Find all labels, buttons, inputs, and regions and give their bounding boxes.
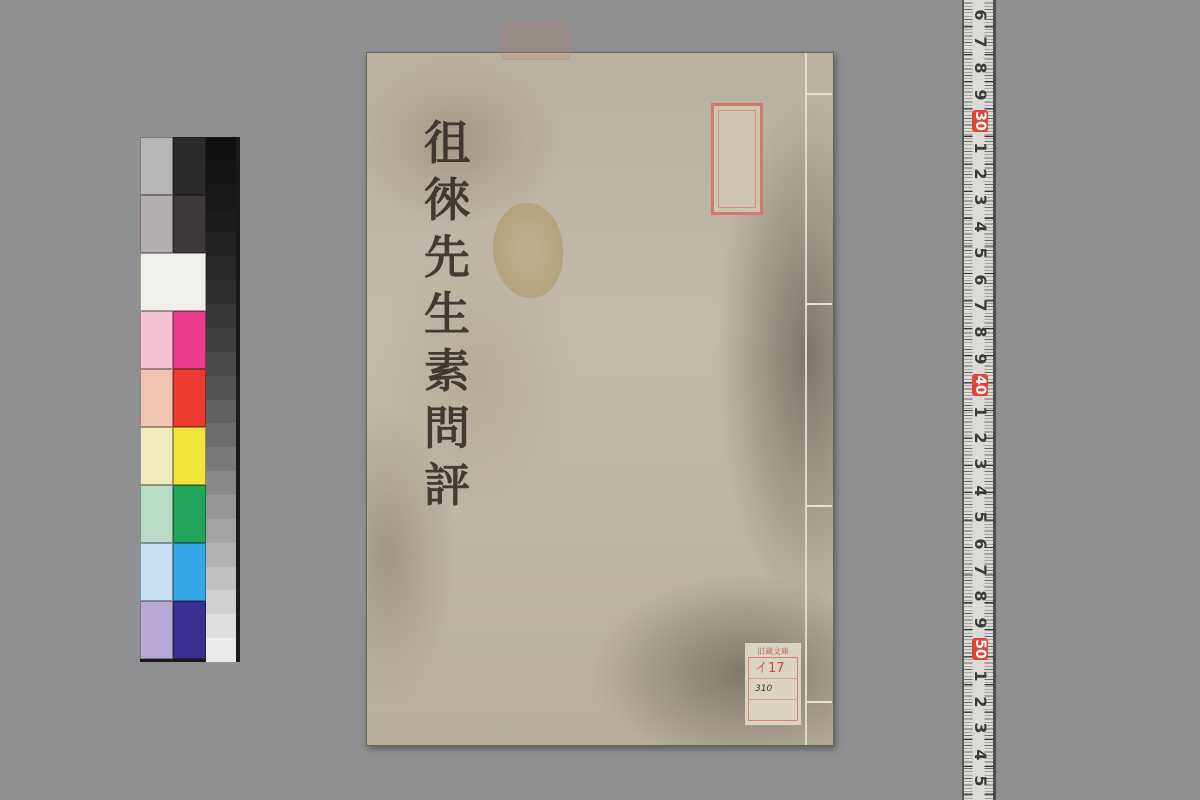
color-patch xyxy=(173,137,206,195)
ruler-number: 9 xyxy=(972,84,988,106)
ruler-number: 6 xyxy=(972,269,988,291)
ruler-number: 2 xyxy=(972,427,988,449)
ruler-number: 2 xyxy=(972,163,988,185)
grayscale-step xyxy=(206,471,236,495)
grayscale-step xyxy=(206,543,236,567)
ruler-number: 4 xyxy=(972,480,988,502)
call-sub-number: 310 xyxy=(749,679,797,700)
grayscale-step xyxy=(206,638,236,662)
ruler-number: 7 xyxy=(972,31,988,53)
grayscale-step xyxy=(206,400,236,424)
binding-stitch xyxy=(807,701,832,703)
book-title: 徂徠先生素問評 xyxy=(412,115,482,535)
grayscale-step xyxy=(206,376,236,400)
grayscale-step xyxy=(206,447,236,471)
grayscale-step xyxy=(206,567,236,591)
title-character: 生 xyxy=(424,286,470,343)
grayscale-step xyxy=(206,161,236,185)
ruler-number: 3 xyxy=(972,189,988,211)
title-character: 徂 xyxy=(424,115,470,172)
title-character: 素 xyxy=(424,343,470,400)
ruler-number: 5 xyxy=(972,506,988,528)
color-patch xyxy=(140,543,173,601)
call-label-header: 旧蔵文庫 xyxy=(748,646,798,657)
ruler-number: 6 xyxy=(972,4,988,26)
book-cover: 徂徠先生素問評 旧蔵文庫 イ17 310 xyxy=(366,52,834,746)
color-patch xyxy=(140,253,206,311)
color-checker xyxy=(140,137,240,662)
ruler-number: 50 xyxy=(972,638,988,660)
grayscale-step xyxy=(206,304,236,328)
ruler-number: 8 xyxy=(972,57,988,79)
grayscale-step xyxy=(206,280,236,304)
ruler-number: 5 xyxy=(972,770,988,792)
grayscale-step xyxy=(206,209,236,233)
binding-thread xyxy=(805,53,807,745)
ruler-number: 2 xyxy=(972,691,988,713)
ruler-number: 8 xyxy=(972,321,988,343)
ruler-number: 3 xyxy=(972,717,988,739)
grayscale-step xyxy=(206,590,236,614)
binding-stitch xyxy=(807,303,832,305)
grayscale-step xyxy=(206,137,236,161)
color-patch xyxy=(173,543,206,601)
grayscale-step xyxy=(206,423,236,447)
binding-stitch xyxy=(807,505,832,507)
ruler-number: 9 xyxy=(972,348,988,370)
ruler-number: 8 xyxy=(972,585,988,607)
ruler-number: 40 xyxy=(972,374,988,396)
ruler-number: 1 xyxy=(972,401,988,423)
title-character: 徠 xyxy=(424,172,470,229)
title-character: 問 xyxy=(424,400,470,457)
water-stain xyxy=(493,203,563,298)
ruler-number: 6 xyxy=(972,533,988,555)
ruler-number: 1 xyxy=(972,665,988,687)
grayscale-step xyxy=(206,352,236,376)
ruler-number: 3 xyxy=(972,453,988,475)
color-patch xyxy=(140,311,173,369)
grayscale-strip xyxy=(206,137,240,662)
color-patch xyxy=(173,311,206,369)
grayscale-step xyxy=(206,185,236,209)
color-patch xyxy=(173,485,206,543)
ruler-number: 5 xyxy=(972,242,988,264)
title-character: 先 xyxy=(424,229,470,286)
title-character: 評 xyxy=(424,457,470,514)
grayscale-step xyxy=(206,519,236,543)
color-patch xyxy=(140,137,173,195)
grayscale-step xyxy=(206,232,236,256)
ruler-number: 30 xyxy=(972,110,988,132)
ruler-number: 4 xyxy=(972,216,988,238)
binding-stitch xyxy=(807,93,832,95)
faint-seal-mark xyxy=(502,20,570,60)
color-patch xyxy=(140,427,173,485)
measuring-ruler: 678930123456789401234567895012345 xyxy=(962,0,996,800)
ruler-number: 1 xyxy=(972,137,988,159)
color-patch xyxy=(173,427,206,485)
color-patch xyxy=(140,601,173,659)
ruler-number: 7 xyxy=(972,559,988,581)
ruler-number: 7 xyxy=(972,295,988,317)
grayscale-step xyxy=(206,495,236,519)
grayscale-step xyxy=(206,614,236,638)
title-label-frame xyxy=(711,103,763,215)
color-patch xyxy=(173,601,206,659)
color-patch xyxy=(140,369,173,427)
color-patch xyxy=(173,195,206,253)
ruler-number: 4 xyxy=(972,744,988,766)
color-patch xyxy=(140,195,173,253)
ruler-number: 9 xyxy=(972,612,988,634)
grayscale-step xyxy=(206,256,236,280)
call-number-label: 旧蔵文庫 イ17 310 xyxy=(745,643,801,725)
color-patch xyxy=(173,369,206,427)
color-patch xyxy=(140,485,173,543)
grayscale-step xyxy=(206,328,236,352)
call-number: イ17 xyxy=(749,658,797,679)
